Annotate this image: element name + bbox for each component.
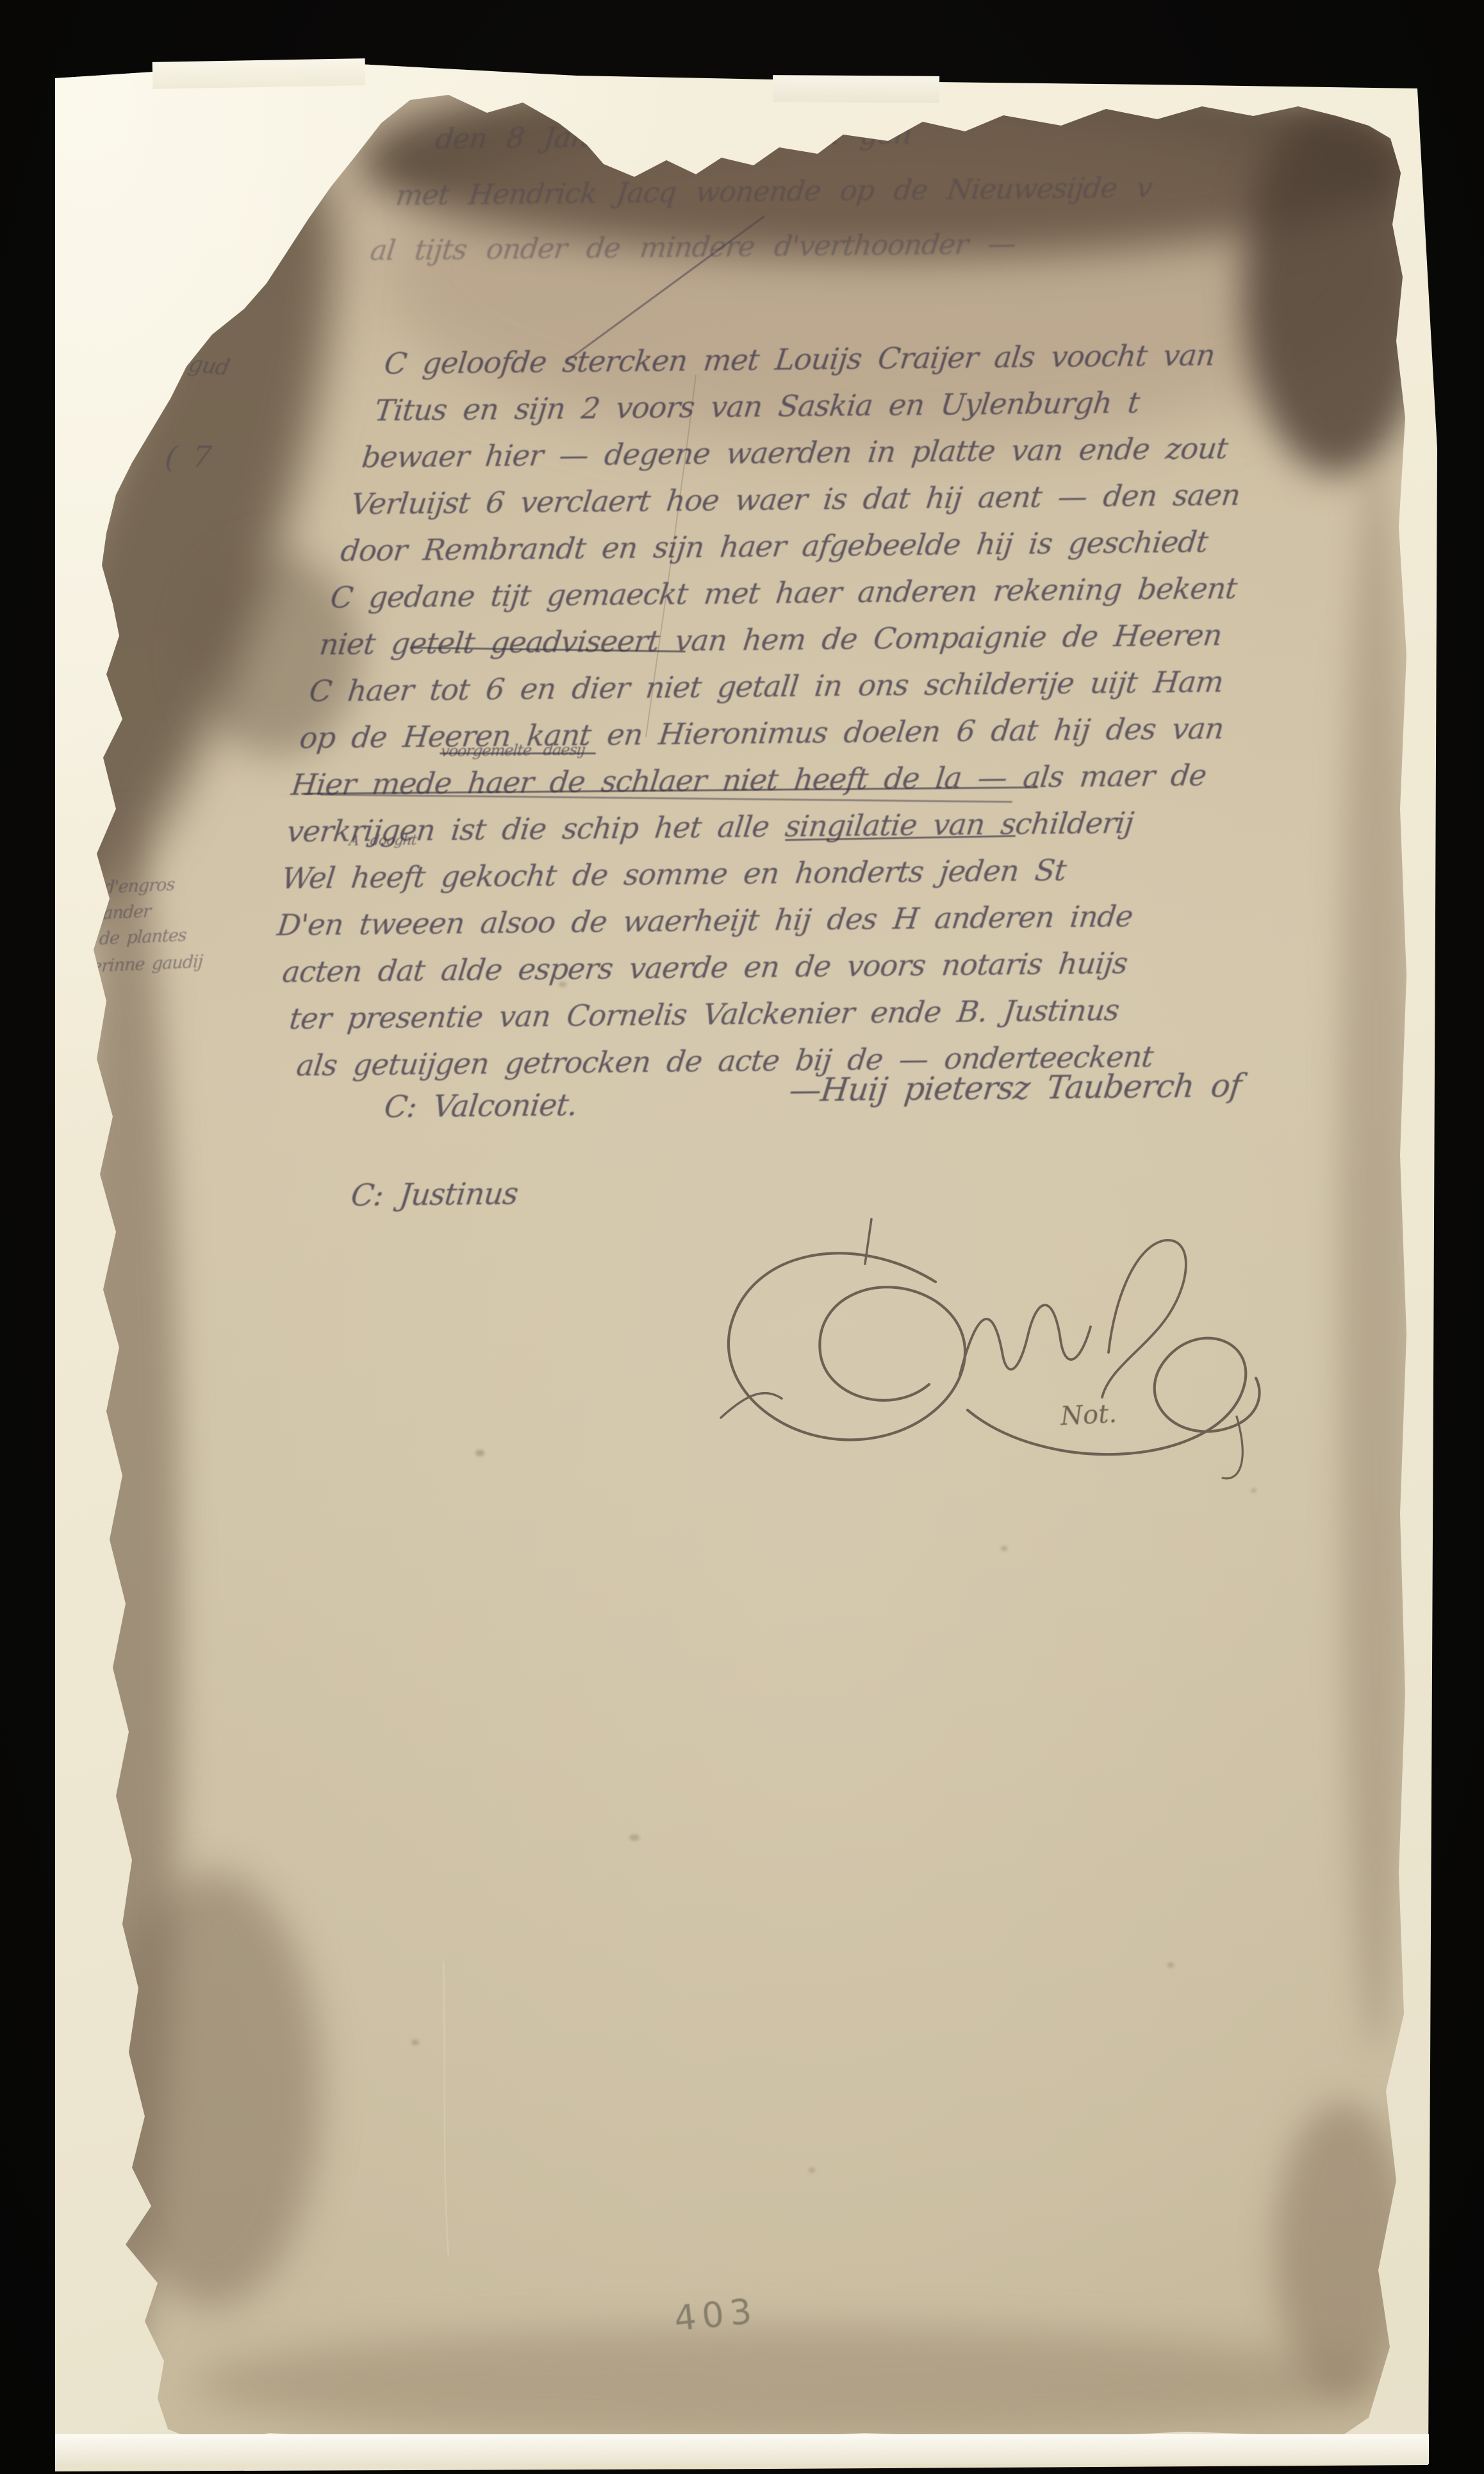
- notary-signature-flourish: [660, 1205, 1275, 1481]
- handwriting-header-line: al tijts onder de mindere d'verthoonder …: [368, 228, 1017, 267]
- ink-strikethrough: [440, 752, 596, 754]
- backing-strip-top-left: [153, 58, 366, 89]
- backing-strip-top-right: [773, 75, 939, 103]
- interlinear-insert: voorgemelte daesij: [440, 741, 586, 760]
- paper-crease: [443, 1961, 449, 2256]
- margin-mark: ( 7: [163, 439, 213, 474]
- photo-backdrop: den 8 Jan Lout — verhael gen met Hendric…: [0, 0, 1484, 2474]
- witness-signature-lower: C: Justinus: [349, 1176, 520, 1213]
- notary-caption: Not.: [1060, 1399, 1117, 1432]
- witness-signature-right: —Huij pietersz Tauberch of: [787, 1067, 1243, 1109]
- witness-signature-left: C: Valconiet.: [383, 1088, 579, 1125]
- backing-strip-bottom: [55, 2434, 1429, 2464]
- manuscript-page: den 8 Jan Lout — verhael gen met Hendric…: [0, 0, 1484, 2474]
- interlinear-insert: A dooght: [349, 833, 417, 849]
